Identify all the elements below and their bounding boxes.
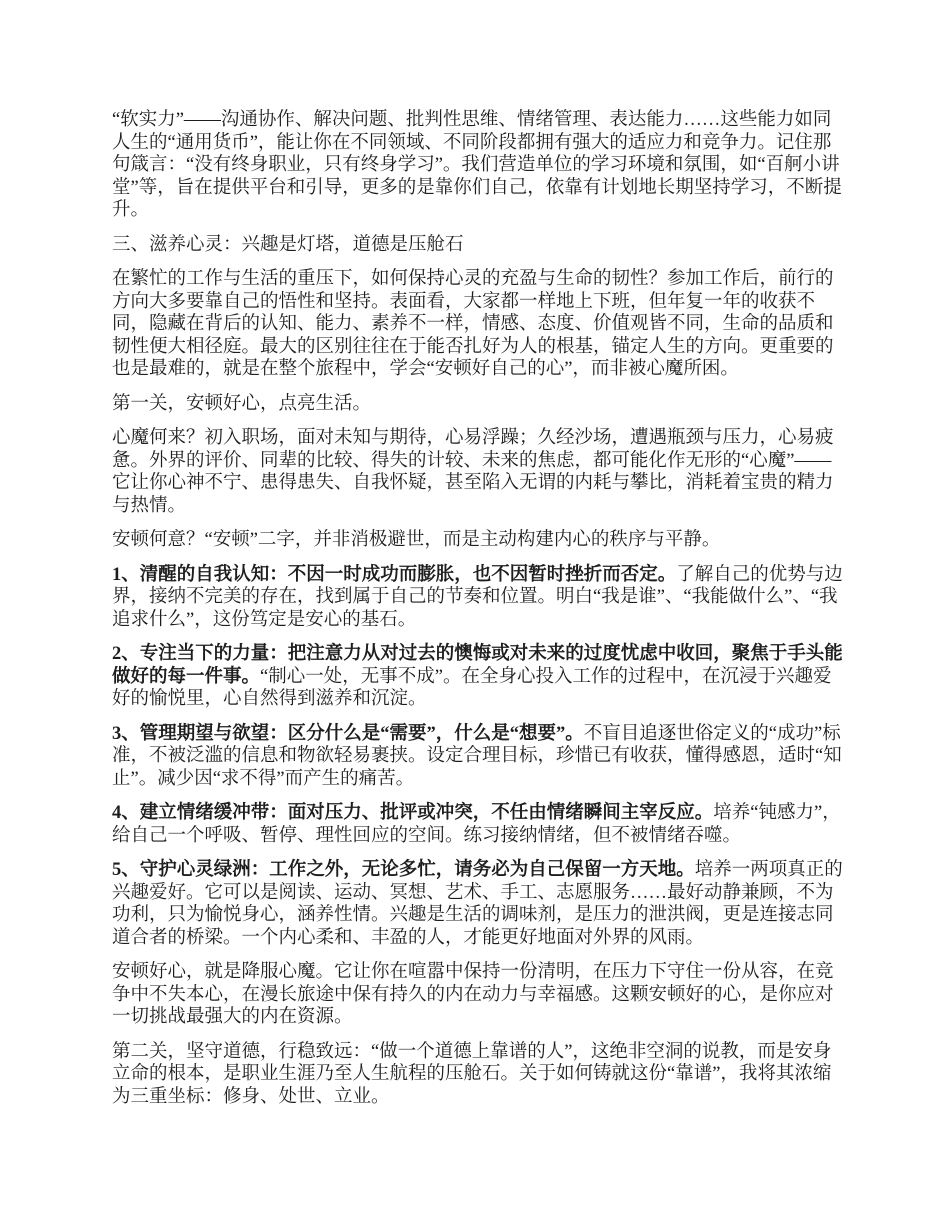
list-item-lead: 5、守护心灵绿洲：工作之外，无论多忙，请务必为自己保留一方天地。	[112, 860, 695, 880]
list-item-self-awareness: 1、清醒的自我认知：不因一时成功而膨胀，也不因暂时挫折而否定。了解自己的优势与边…	[112, 564, 848, 632]
list-item-emotion-buffer: 4、建立情绪缓冲带：面对压力、批评或冲突，不任由情绪瞬间主宰反应。培养“钝感力”…	[112, 802, 848, 847]
paragraph-soft-skills: “软实力”——沟通协作、解决问题、批判性思维、情绪管理、表达能力……这些能力如同…	[112, 109, 848, 222]
list-item-lead: 4、建立情绪缓冲带：面对压力、批评或冲突，不任由情绪瞬间主宰反应。	[112, 803, 713, 823]
list-item-lead: 3、管理期望与欲望：区分什么是“需要”，什么是“想要”。	[112, 724, 584, 744]
list-item-lead: 1、清醒的自我认知：不因一时成功而膨胀，也不因暂时挫折而否定。	[112, 565, 676, 585]
paragraph-anding-meaning: 安顿何意？“安顿”二字，并非消极避世，而是主动构建内心的秩序与平静。	[112, 529, 848, 552]
section-heading-nourish-soul: 三、滋养心灵：兴趣是灯塔，道德是压舱石	[112, 234, 848, 257]
paragraph-inner-demon: 心魔何来？初入职场，面对未知与期待，心易浮躁；久经沙场，遭遇瓶颈与压力，心易疲惫…	[112, 427, 848, 517]
paragraph-second-pass-morality: 第二关，坚守道德，行稳致远：“做一个道德上靠谱的人”，这绝非空洞的说教，而是安身…	[112, 1041, 848, 1109]
paragraph-pressure-resilience: 在繁忙的工作与生活的重压下，如何保持心灵的充盈与生命的韧性？参加工作后，前行的方…	[112, 268, 848, 381]
list-item-guard-oasis: 5、守护心灵绿洲：工作之外，无论多忙，请务必为自己保留一方天地。培养一两项真正的…	[112, 859, 848, 949]
list-item-focus-present: 2、专注当下的力量：把注意力从对过去的懊悔或对未来的过度忧虑中收回，聚焦于手头能…	[112, 643, 848, 711]
subheading-first-pass: 第一关，安顿好心，点亮生活。	[112, 393, 848, 416]
paragraph-conquer-demon: 安顿好心，就是降服心魔。它让你在喧嚣中保持一份清明，在压力下守住一份从容，在竞争…	[112, 961, 848, 1029]
document-page: “软实力”——沟通协作、解决问题、批判性思维、情绪管理、表达能力……这些能力如同…	[112, 109, 848, 1120]
list-item-manage-expectations: 3、管理期望与欲望：区分什么是“需要”，什么是“想要”。不盲目追逐世俗定义的“成…	[112, 723, 848, 791]
